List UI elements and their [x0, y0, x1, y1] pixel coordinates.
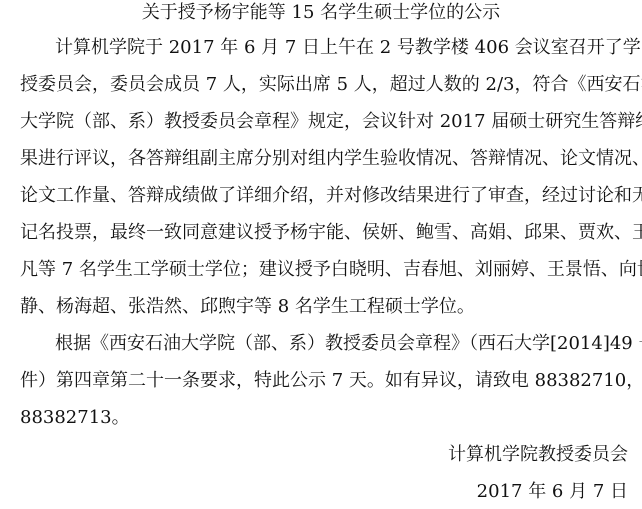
paragraph-1-line-2: 授委员会，委员会成员 7 人，实际出席 5 人，超过人数的 2/3，符合《西安石… [20, 74, 627, 96]
paragraph-1-line-1: 计算机学院于 2017 年 6 月 7 日上午在 2 号教学楼 406 会议室召… [55, 37, 627, 59]
paragraph-1-line-3: 大学院（部、系）教授委员会章程》规定，会议针对 2017 届硕士研究生答辩结 [20, 111, 627, 133]
signature-date: 2017 年 6 月 7 日 [477, 481, 628, 503]
signature-organization: 计算机学院教授委员会 [448, 444, 628, 466]
paragraph-2-line-2: 件）第四章第二十一条要求，特此公示 7 天。如有异议，请致电 88382710， [20, 370, 627, 392]
document-title: 关于授予杨宇能等 15 名学生硕士学位的公示 [0, 2, 642, 24]
paragraph-1-line-7: 凡等 7 名学生工学硕士学位；建议授予白晓明、吉春旭、刘丽婷、王景悟、向世 [20, 259, 627, 281]
paragraph-2-line-3: 88382713。 [20, 407, 627, 429]
paragraph-1-line-6: 记名投票，最终一致同意建议授予杨宇能、侯妍、鲍雪、高娟、邱果、贾欢、王 [20, 222, 627, 244]
paragraph-1-line-8: 静、杨海超、张浩然、邱煦宇等 8 名学生工程硕士学位。 [20, 296, 627, 318]
paragraph-2-line-1: 根据《西安石油大学院（部、系）教授委员会章程》（西石大学[2014]49 号文 [55, 333, 627, 355]
paragraph-1-line-5: 论文工作量、答辩成绩做了详细介绍，并对修改结果进行了审查，经过讨论和无 [20, 185, 627, 207]
paragraph-1-line-4: 果进行评议，各答辩组副主席分别对组内学生验收情况、答辩情况、论文情况、 [20, 148, 627, 170]
